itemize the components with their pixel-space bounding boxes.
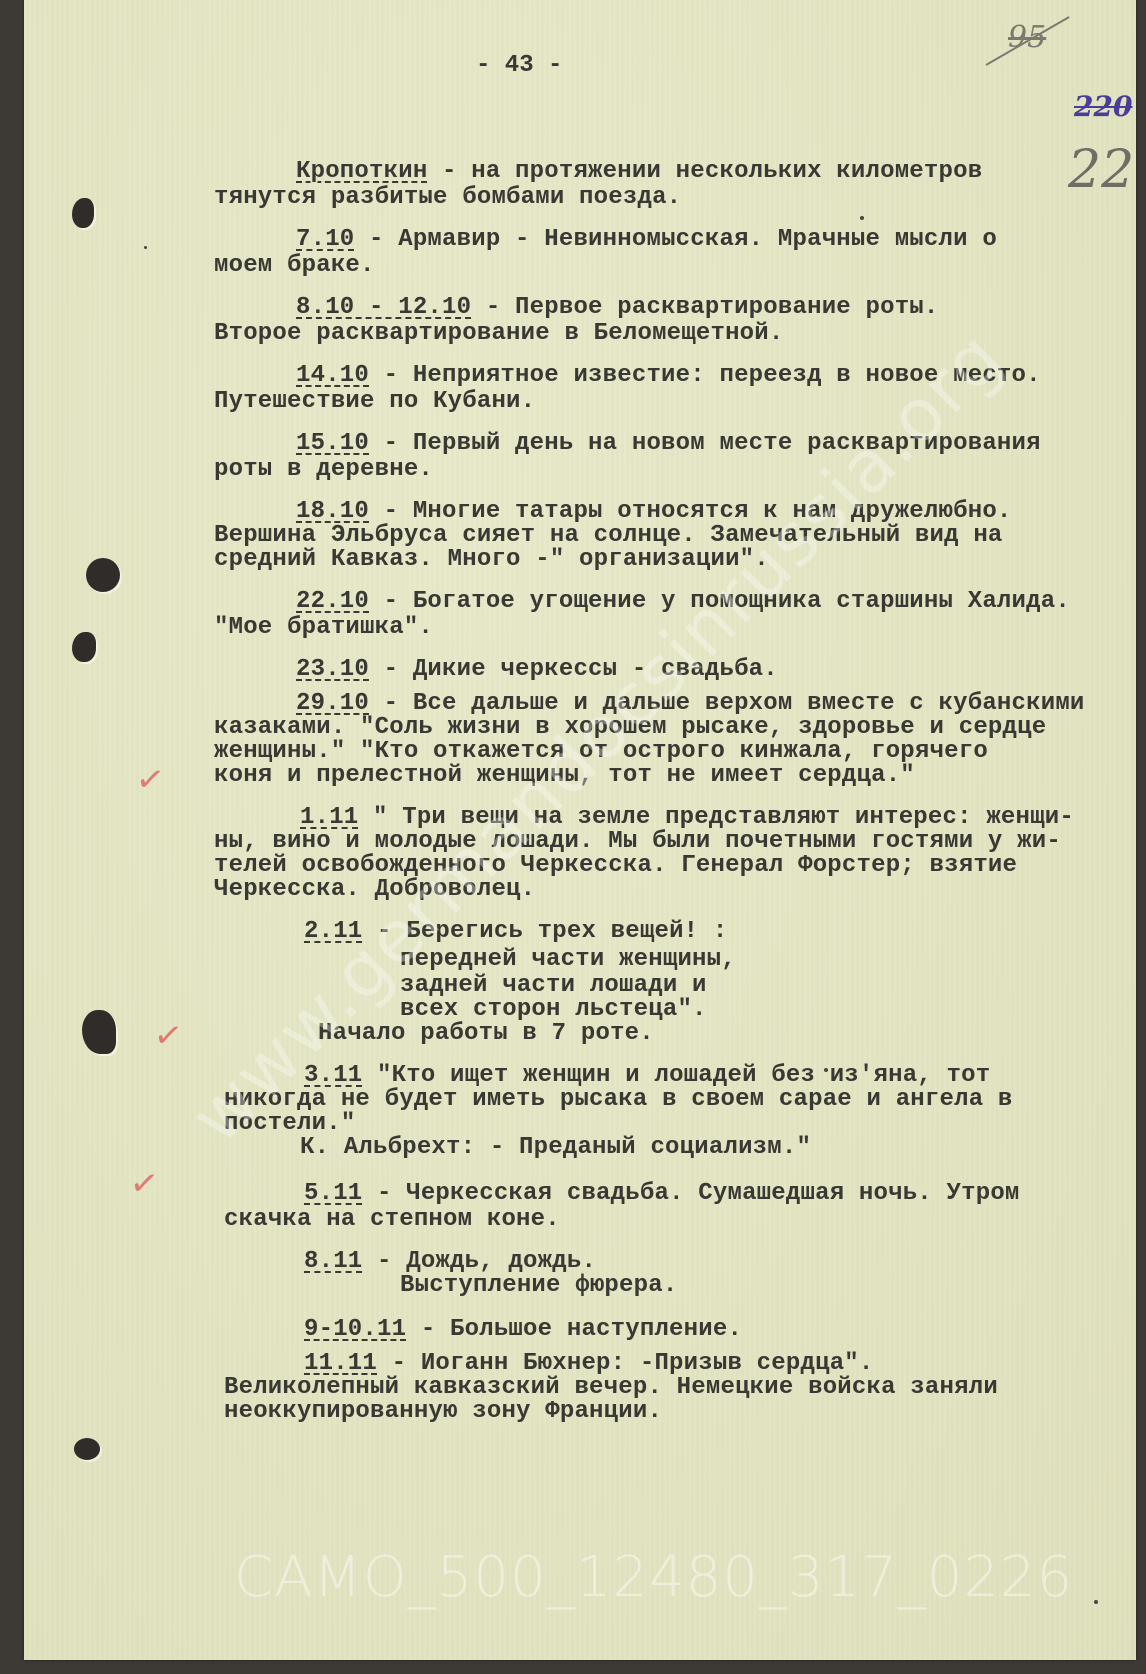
paper-speck xyxy=(1094,1600,1098,1604)
entry-8-11: 8.11 - Дождь, дождь. xyxy=(304,1248,596,1275)
entry-line: Выступление фюрера. xyxy=(400,1272,677,1299)
entry-line: скачка на степном коне. xyxy=(224,1206,560,1233)
entry-line: передней части женщины, xyxy=(400,946,736,973)
check-mark-icon: ✓ xyxy=(127,1162,161,1206)
entry-date: 22.10 xyxy=(296,588,369,615)
entry-date: 18.10 xyxy=(296,498,369,525)
entry-line: неоккупированную зону Франции. xyxy=(224,1398,662,1425)
entry-1-11: 1.11 " Три вещи на земле представляют ин… xyxy=(300,804,1074,831)
entry-3-11: 3.11 "Кто ищет женщин и лошадей без из'я… xyxy=(304,1062,990,1089)
entry-8-10: 8.10 - 12.10 - Первое расквартирование р… xyxy=(296,294,939,321)
entry-line: задней части лошади и xyxy=(400,972,707,999)
paper-speck xyxy=(144,246,147,249)
entry-kropotkin: Кропоткин - на протяжении нескольких кил… xyxy=(296,158,982,185)
entry-line: Путешествие по Кубани. xyxy=(214,388,535,415)
entry-line: средний Кавказ. Много -" организации". xyxy=(214,546,769,573)
entry-line: никогда не будет иметь рысака в своем са… xyxy=(224,1086,1013,1113)
entry-line: К. Альбрехт: - Преданый социализм." xyxy=(300,1134,811,1161)
entry-date: 9-10.11 xyxy=(304,1316,406,1343)
check-mark-icon: ✓ xyxy=(133,758,167,802)
entry-date: Кропоткин xyxy=(296,158,427,185)
entry-date: 29.10 xyxy=(296,690,369,717)
entry-11-11: 11.11 - Иоганн Бюхнер: -Призыв сердца". xyxy=(304,1350,874,1377)
check-mark-icon: ✓ xyxy=(151,1014,185,1058)
entry-line: Второе расквартирование в Беломещетной. xyxy=(214,320,784,347)
entry-date: 15.10 xyxy=(296,430,369,457)
entry-line: Великолепный кавказский вечер. Немецкие … xyxy=(224,1374,998,1401)
entry-5-11: 5.11 - Черкесская свадьба. Сумашедшая но… xyxy=(304,1180,1020,1207)
entry-9-10-11: 9-10.11 - Большое наступление. xyxy=(304,1316,742,1343)
entry-date: 8.10 - 12.10 xyxy=(296,294,471,321)
punch-hole xyxy=(72,198,94,228)
entry-date: 14.10 xyxy=(296,362,369,389)
entry-line: тянутся разбитые бомбами поезда. xyxy=(214,184,681,211)
punch-hole xyxy=(74,1438,100,1460)
archive-id-watermark: CAMO_500_12480_317_0226 xyxy=(234,1545,1073,1610)
entry-line: телей освобожденного Черкесска. Генерал … xyxy=(214,852,1017,879)
entry-line: Вершина Эльбруса сияет на солнце. Замеча… xyxy=(214,522,1003,549)
paper-speck xyxy=(824,1068,828,1072)
entry-line: роты в деревне. xyxy=(214,456,433,483)
entry-date: 1.11 xyxy=(300,804,358,831)
folio-current-number: 226 xyxy=(1068,140,1136,200)
document-page: 95 220 226 - 43 - ✓ ✓ ✓ Кропоткин - на п… xyxy=(24,0,1136,1660)
entry-date: 11.11 xyxy=(304,1350,377,1377)
entry-line: "Мое братишка". xyxy=(214,614,433,641)
punch-hole xyxy=(82,1010,116,1054)
folio-purple-number: 220 xyxy=(1074,90,1132,123)
page-number: - 43 - xyxy=(476,52,562,79)
entry-date: 5.11 xyxy=(304,1180,362,1207)
punch-hole xyxy=(72,632,96,662)
paper-speck xyxy=(860,216,864,220)
punch-hole xyxy=(86,558,120,592)
entry-date: 8.11 xyxy=(304,1248,362,1275)
entry-7-10: 7.10 - Армавир - Невинномысская. Мрачные… xyxy=(296,226,997,253)
entry-18-10: 18.10 - Многие татары относятся к нам др… xyxy=(296,498,1012,525)
entry-line: всех сторон льстеца". xyxy=(400,996,707,1023)
entry-date: 7.10 xyxy=(296,226,354,253)
entry-line: ны, вино и молодые лошади. Мы были почет… xyxy=(214,828,1061,855)
entry-line: моем браке. xyxy=(214,252,375,279)
entry-date: 23.10 xyxy=(296,656,369,683)
